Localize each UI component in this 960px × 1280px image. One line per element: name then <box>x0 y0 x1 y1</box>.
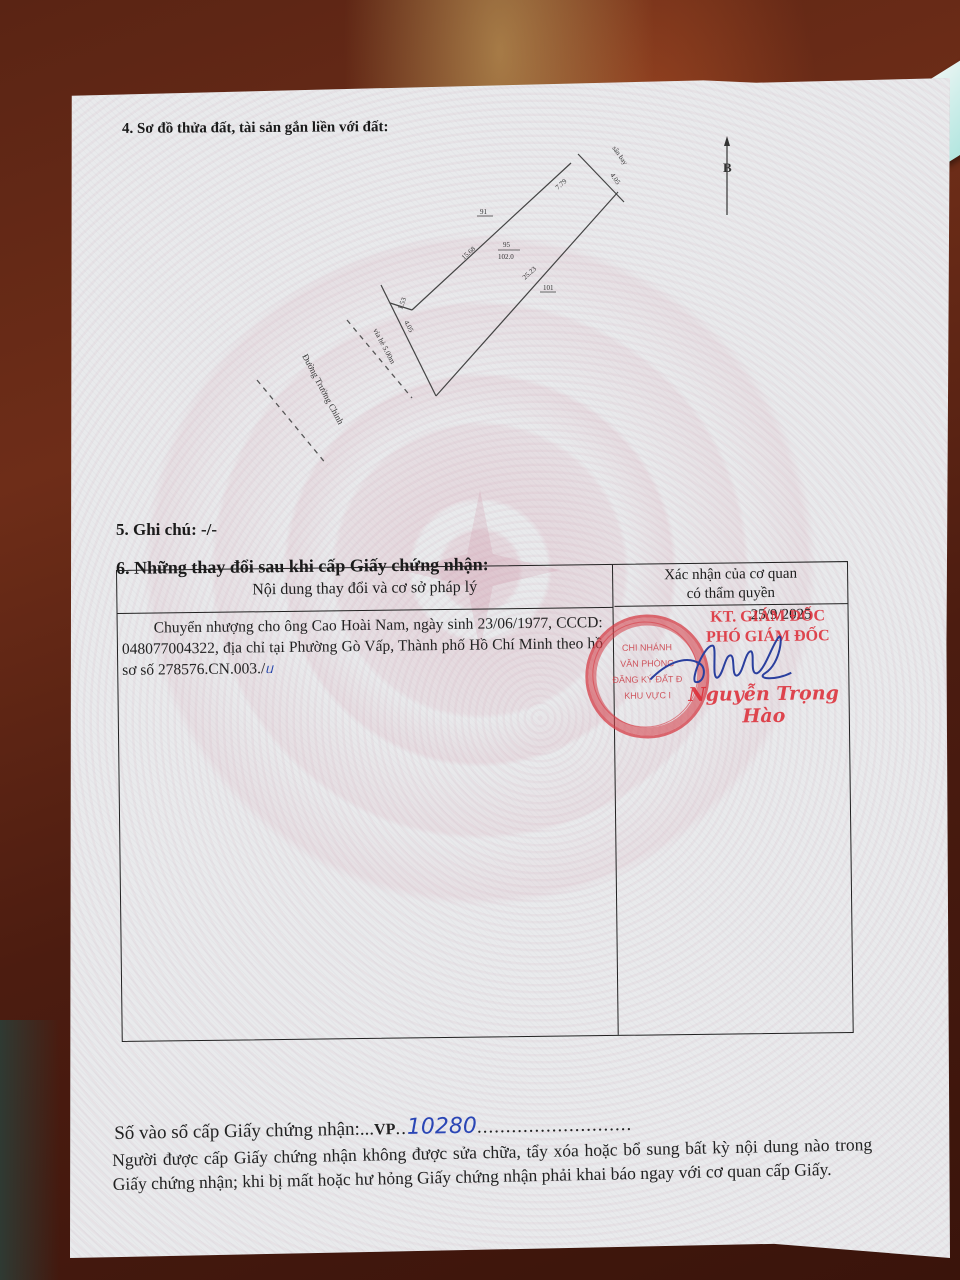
initials-signature: ᥙ <box>265 661 273 677</box>
registration-prefix: VP <box>374 1121 396 1138</box>
confirmation-column-header: Xác nhận của cơ quan có thẩm quyền <box>614 562 847 607</box>
edge-top-right: 4.05 <box>608 172 622 187</box>
change-content: Chuyển nhượng cho ông Cao Hoài Nam, ngày… <box>122 614 603 679</box>
signer-name: Nguyễn Trọng Hào <box>663 682 864 728</box>
neighbor-north: 91 <box>480 208 488 216</box>
background-shadow <box>0 1020 60 1280</box>
registration-trailing-dots: ........................... <box>477 1114 633 1138</box>
north-label: B <box>723 160 732 175</box>
content-column: Nội dung thay đổi và cơ sở pháp lý Chuyể… <box>117 565 619 1041</box>
edge-bottom: 25.23 <box>521 265 538 282</box>
section-5-heading: 5. Ghi chú: -/- <box>116 520 217 540</box>
parcel-area: 102.0 <box>498 253 514 261</box>
table-row: Chuyển nhượng cho ông Cao Hoài Nam, ngày… <box>118 608 614 682</box>
edge-top-main: 15.68 <box>460 245 477 262</box>
content-column-header: Nội dung thay đổi và cơ sở pháp lý <box>117 565 612 614</box>
north-arrow-icon: B <box>723 136 732 215</box>
parcel-number: 95 <box>503 241 511 249</box>
confirmation-column: Xác nhận của cơ quan có thẩm quyền 25/9/… <box>614 562 853 1035</box>
land-plot-diagram: B sân bay 4.05 7.79 91 15.68 95 102.0 25… <box>240 130 760 480</box>
changes-table: Nội dung thay đổi và cơ sở pháp lý Chuyể… <box>116 561 854 1042</box>
label-top-right: sân bay <box>610 145 629 167</box>
neighbor-south: 101 <box>543 284 554 292</box>
road-boundary-lines <box>257 320 412 465</box>
parcel-outline <box>381 154 624 396</box>
confirmation-header-line2: có thẩm quyền <box>614 583 847 605</box>
sidewalk-label: vỉa hè 5.00m <box>371 327 397 366</box>
registration-number: 10280 <box>407 1114 477 1140</box>
registration-label: Số vào sổ cấp Giấy chứng nhận:... <box>114 1118 374 1144</box>
road-label: Đường Trường Chinh <box>300 352 346 426</box>
edge-top-segment: 7.79 <box>554 177 569 191</box>
